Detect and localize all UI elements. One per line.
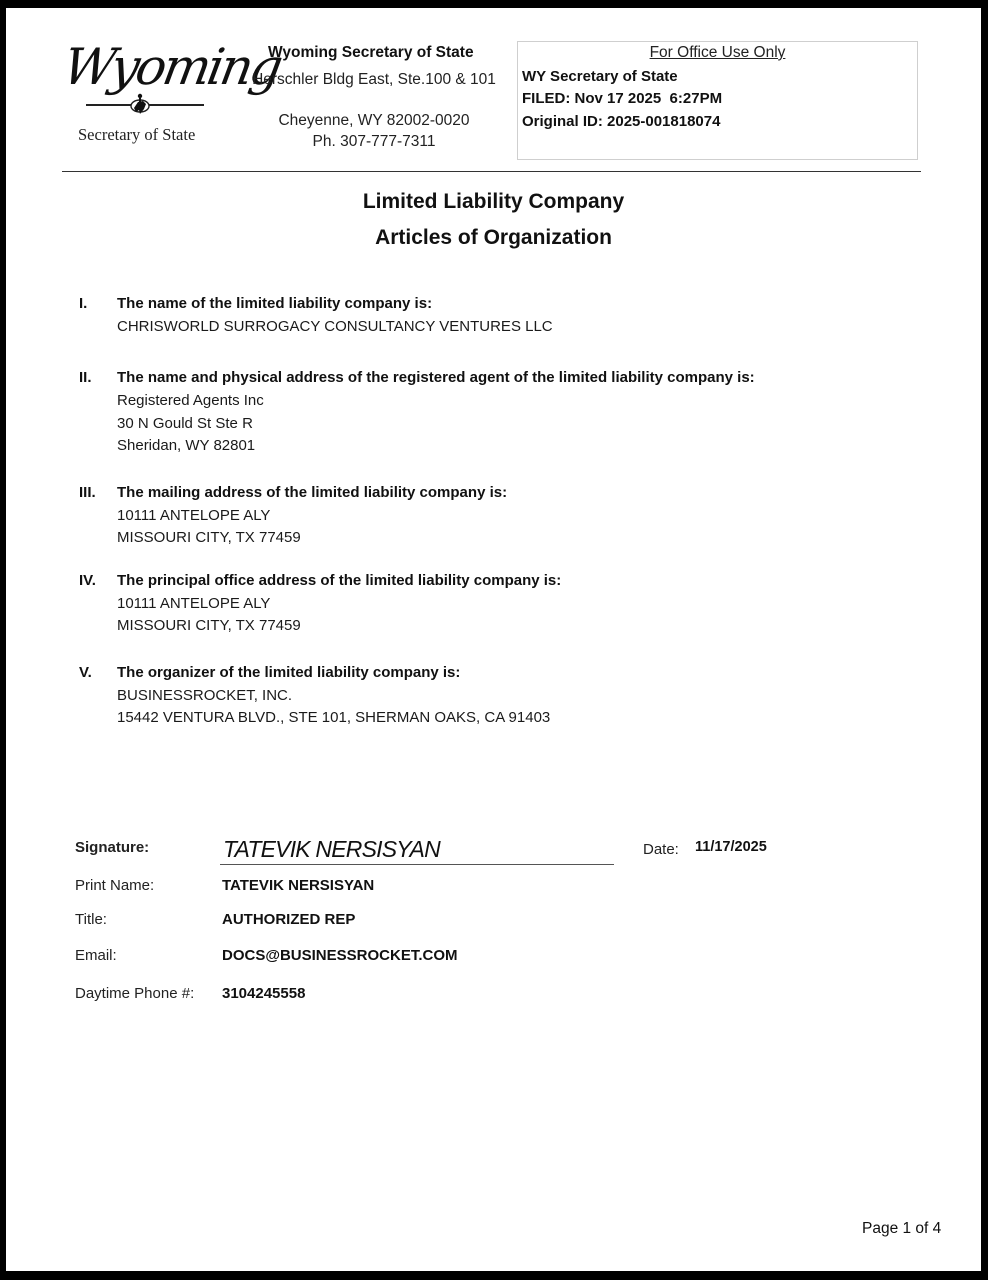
mailing-city: MISSOURI CITY, TX 77459 <box>117 529 301 546</box>
email-value: DOCS@BUSINESSROCKET.COM <box>222 947 457 964</box>
section-number: I. <box>79 295 87 312</box>
section-heading: The principal office address of the limi… <box>117 572 561 589</box>
print-name-value: TATEVIK NERSISYAN <box>222 877 374 894</box>
section-heading: The mailing address of the limited liabi… <box>117 484 507 501</box>
organizer-address: 15442 VENTURA BLVD., STE 101, SHERMAN OA… <box>117 709 550 726</box>
phone-label: Daytime Phone #: <box>75 985 194 1002</box>
office-use-heading: For Office Use Only <box>517 44 918 62</box>
section-number: V. <box>79 664 92 681</box>
mailing-street: 10111 ANTELOPE ALY <box>117 507 270 524</box>
page-indicator: Page 1 of 4 <box>862 1220 941 1238</box>
document-title-line1: Limited Liability Company <box>6 190 981 214</box>
title-label: Title: <box>75 911 107 928</box>
logo-caption: Secretary of State <box>78 125 195 145</box>
print-name-label: Print Name: <box>75 877 154 894</box>
signature-value: TATEVIK NERSISYAN <box>223 836 440 863</box>
document-title-line2: Articles of Organization <box>6 226 981 250</box>
original-id: Original ID: 2025-001818074 <box>522 113 720 130</box>
section-number: II. <box>79 369 92 386</box>
phone-value: 3104245558 <box>222 985 305 1002</box>
section-heading: The name of the limited liability compan… <box>117 295 432 312</box>
header-divider <box>62 171 921 172</box>
agent-name: Registered Agents Inc <box>117 392 264 409</box>
office-name: Wyoming Secretary of State <box>268 44 474 62</box>
section-number: IV. <box>79 572 96 589</box>
section-number: III. <box>79 484 96 501</box>
agent-street: 30 N Gould St Ste R <box>117 415 253 432</box>
date-label: Date: <box>643 841 679 858</box>
filing-agency: WY Secretary of State <box>522 68 678 85</box>
filed-timestamp: FILED: Nov 17 2025 6:27PM <box>522 90 722 107</box>
signature-label: Signature: <box>75 839 149 856</box>
office-address-line1: Herschler Bldg East, Ste.100 & 101 <box>244 71 504 89</box>
agent-city: Sheridan, WY 82801 <box>117 437 255 454</box>
date-value: 11/17/2025 <box>695 839 767 855</box>
organizer-name: BUSINESSROCKET, INC. <box>117 687 292 704</box>
signature-line <box>220 864 614 865</box>
title-value: AUTHORIZED REP <box>222 911 355 928</box>
bucking-horse-icon <box>128 90 152 118</box>
principal-street: 10111 ANTELOPE ALY <box>117 595 270 612</box>
company-name: CHRISWORLD SURROGACY CONSULTANCY VENTURE… <box>117 318 553 335</box>
office-address-line2: Cheyenne, WY 82002-0020 <box>244 112 504 130</box>
document-page: Wyoming Secretary of State Wyoming Secre… <box>6 8 981 1271</box>
office-phone: Ph. 307-777-7311 <box>244 133 504 151</box>
section-heading: The organizer of the limited liability c… <box>117 664 460 681</box>
section-heading: The name and physical address of the reg… <box>117 369 755 386</box>
email-label: Email: <box>75 947 117 964</box>
principal-city: MISSOURI CITY, TX 77459 <box>117 617 301 634</box>
